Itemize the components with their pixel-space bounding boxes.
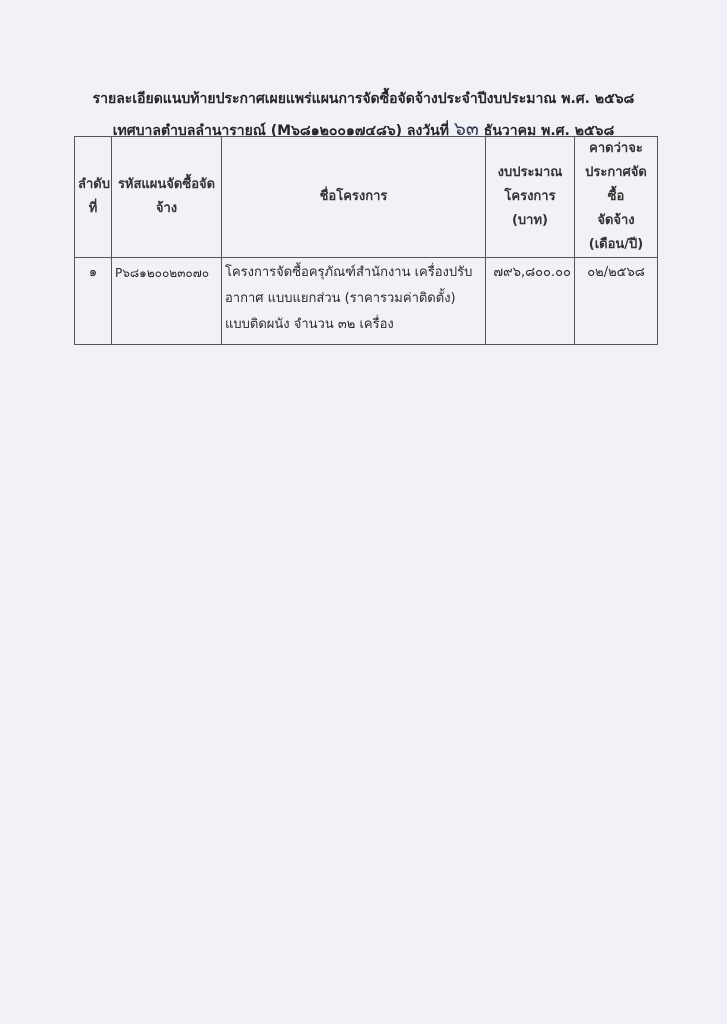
- header-no: ลำดับ ที่: [75, 137, 112, 258]
- cell-project-name: โครงการจัดซื้อครุภัณฑ์สำนักงาน เครื่องปร…: [222, 258, 486, 345]
- header-expected-date: คาดว่าจะ ประกาศจัดซื้อ จัดจ้าง (เดือน/ปี…: [575, 137, 658, 258]
- table-header-row: ลำดับ ที่ รหัสแผนจัดซื้อจัด จ้าง ชื่อโคร…: [75, 137, 658, 258]
- cell-budget: ๗๙๖,๘๐๐.๐๐: [486, 258, 575, 345]
- cell-expected-date: ๐๒/๒๕๖๘: [575, 258, 658, 345]
- cell-no: ๑: [75, 258, 112, 345]
- procurement-plan-table: ลำดับ ที่ รหัสแผนจัดซื้อจัด จ้าง ชื่อโคร…: [74, 136, 658, 345]
- header-plan-code: รหัสแผนจัดซื้อจัด จ้าง: [112, 137, 222, 258]
- header-project-name: ชื่อโครงการ: [222, 137, 486, 258]
- document-title-line1: รายละเอียดแนบท้ายประกาศเผยแพร่แผนการจัดซ…: [0, 88, 727, 110]
- cell-plan-code: P๖๘๑๒๐๐๒๓๐๗๐: [112, 258, 222, 345]
- table-row: ๑ P๖๘๑๒๐๐๒๓๐๗๐ โครงการจัดซื้อครุภัณฑ์สำน…: [75, 258, 658, 345]
- header-budget: งบประมาณ โครงการ (บาท): [486, 137, 575, 258]
